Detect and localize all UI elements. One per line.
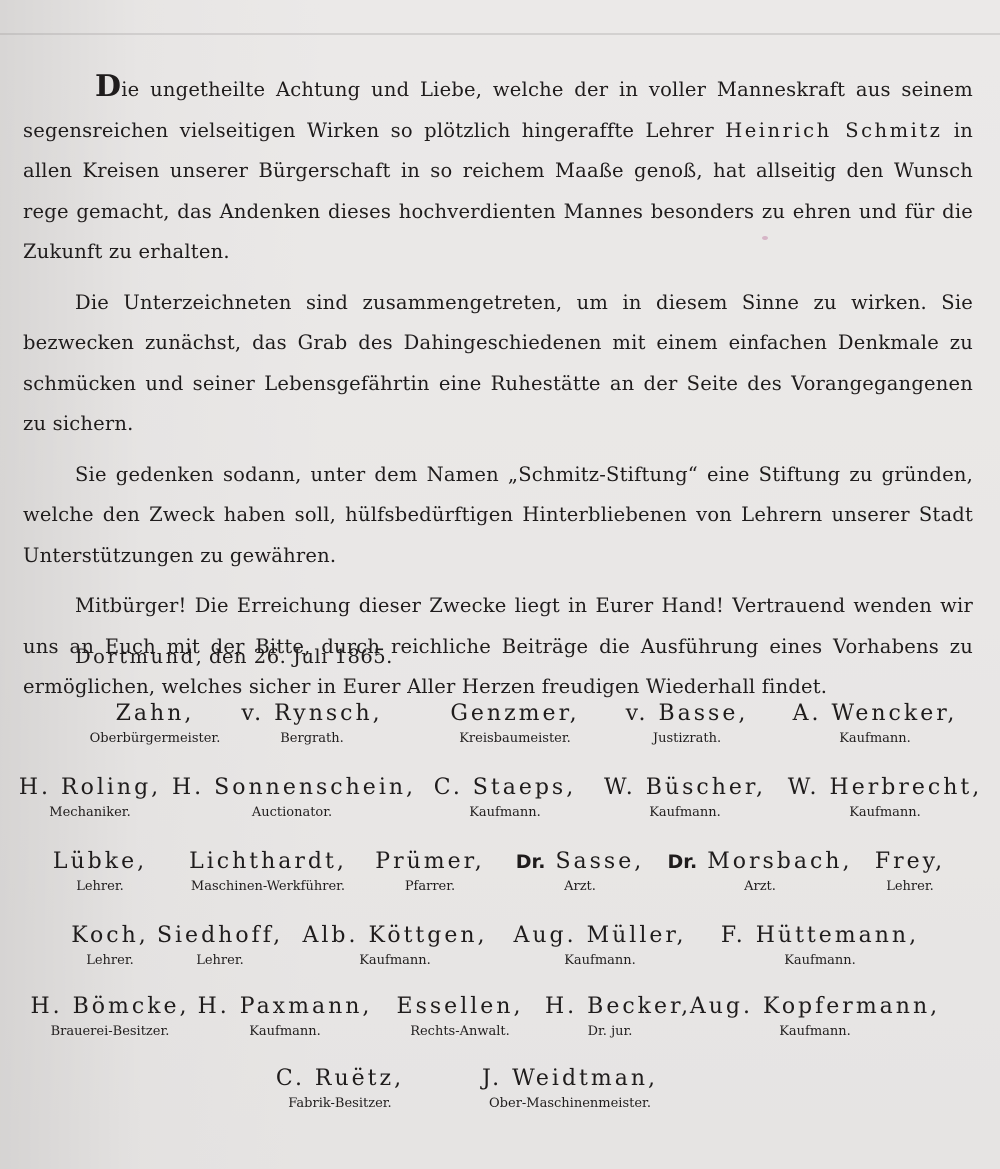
- signatory: W. Herbrecht,Kaufmann.: [780, 774, 990, 822]
- signatory-title: Ober-Maschinenmeister.: [460, 1095, 680, 1113]
- signatory-name: Aug. Kopfermann,: [680, 993, 950, 1021]
- signatory: H. Bömcke,Brauerei-Besitzer.: [30, 993, 190, 1041]
- signatory: J. Weidtman,Ober-Maschinenmeister.: [460, 1065, 680, 1113]
- signatory: Aug. Müller,Kaufmann.: [500, 922, 700, 970]
- signatory-title: Arzt.: [505, 878, 655, 896]
- dateline-date: , den 26. Juli 1865.: [196, 645, 393, 668]
- signatory-name: Genzmer,: [430, 700, 600, 728]
- signatory: Koch,Lehrer.: [55, 922, 165, 970]
- signatory: W. Büscher,Kaufmann.: [600, 774, 770, 822]
- signatory-title: Mechaniker.: [10, 804, 170, 822]
- signatory-name: Frey,: [850, 848, 970, 876]
- signatory-title: Kaufmann.: [710, 952, 930, 970]
- signatory-title: Justizrath.: [612, 730, 762, 748]
- signatory-title: Maschinen-Werkführer.: [168, 878, 368, 896]
- signatory-title: Pfarrer.: [360, 878, 500, 896]
- signatory-name: Dr. Sasse,: [505, 848, 655, 876]
- drop-cap: D: [95, 69, 121, 104]
- signatory: Essellen,Rechts-Anwalt.: [380, 993, 540, 1041]
- signatory-name: F. Hüttemann,: [710, 922, 930, 950]
- paragraph-3: Sie gedenken sodann, unter dem Namen „Sc…: [23, 455, 973, 577]
- signatory-title: Brauerei-Besitzer.: [30, 1023, 190, 1041]
- signatory-name: Zahn,: [60, 700, 250, 728]
- signatory-name: Dr. Morsbach,: [660, 848, 860, 876]
- signatory-title: Kaufmann.: [600, 804, 770, 822]
- signatory-name: v. Rynsch,: [232, 700, 392, 728]
- signatory: Dr. Morsbach,Arzt.: [660, 848, 860, 896]
- signatory: H. Roling,Mechaniker.: [10, 774, 170, 822]
- signatory-name: J. Weidtman,: [460, 1065, 680, 1093]
- signatory-title: Lehrer.: [55, 952, 165, 970]
- signatory-name: H. Sonnenschein,: [172, 774, 412, 802]
- signatory-title: Fabrik-Besitzer.: [260, 1095, 420, 1113]
- signatory: Genzmer,Kreisbaumeister.: [430, 700, 600, 748]
- signatory-name: Essellen,: [380, 993, 540, 1021]
- signatory-title: Kaufmann.: [780, 730, 970, 748]
- signatory-name: A. Wencker,: [780, 700, 970, 728]
- paragraph-2: Die Unterzeichneten sind zusammengetrete…: [23, 283, 973, 445]
- signatory-title: Kaufmann.: [500, 952, 700, 970]
- signatory: H. Paxmann,Kaufmann.: [190, 993, 380, 1041]
- signatory-name: H. Paxmann,: [190, 993, 380, 1021]
- signatory-name: C. Ruëtz,: [260, 1065, 420, 1093]
- signatory-name: H. Becker,: [545, 993, 675, 1021]
- signatory-prefix: Dr.: [668, 851, 698, 873]
- signatory: C. Ruëtz,Fabrik-Besitzer.: [260, 1065, 420, 1113]
- signatory-name: Siedhoff,: [150, 922, 290, 950]
- signatory-name: Alb. Köttgen,: [290, 922, 500, 950]
- signatory-title: Kaufmann.: [420, 804, 590, 822]
- signatory-title: Lehrer.: [150, 952, 290, 970]
- signatory-name: Prümer,: [360, 848, 500, 876]
- signatory: Prümer,Pfarrer.: [360, 848, 500, 896]
- signatory: Aug. Kopfermann,Kaufmann.: [680, 993, 950, 1041]
- signatory: A. Wencker,Kaufmann.: [780, 700, 970, 748]
- signatory-name: Lichthardt,: [168, 848, 368, 876]
- signatory-name: Lübke,: [35, 848, 165, 876]
- signatory-title: Arzt.: [660, 878, 860, 896]
- signatory-title: Kaufmann.: [190, 1023, 380, 1041]
- signatory-title: Kaufmann.: [780, 804, 990, 822]
- signatory: C. Staeps,Kaufmann.: [420, 774, 590, 822]
- signatory-name: v. Basse,: [612, 700, 762, 728]
- signatory-name: H. Bömcke,: [30, 993, 190, 1021]
- dateline: Dortmund, den 26. Juli 1865.: [75, 645, 393, 668]
- signatory-name: Aug. Müller,: [500, 922, 700, 950]
- paragraph-1: Die ungetheilte Achtung und Liebe, welch…: [23, 70, 973, 273]
- signatory: Lichthardt,Maschinen-Werkführer.: [168, 848, 368, 896]
- signatory-name: H. Roling,: [10, 774, 170, 802]
- signatory-name: W. Herbrecht,: [780, 774, 990, 802]
- signatory-title: Lehrer.: [850, 878, 970, 896]
- signatory-title: Kaufmann.: [680, 1023, 950, 1041]
- signatory: v. Rynsch,Bergrath.: [232, 700, 392, 748]
- signatory-title: Auctionator.: [172, 804, 412, 822]
- signatory-title: Oberbürgermeister.: [60, 730, 250, 748]
- signatory-name: Koch,: [55, 922, 165, 950]
- signatory-title: Lehrer.: [35, 878, 165, 896]
- signatory: Lübke,Lehrer.: [35, 848, 165, 896]
- signatory-title: Kreisbaumeister.: [430, 730, 600, 748]
- signatory-title: Dr. jur.: [545, 1023, 675, 1041]
- signatory-title: Kaufmann.: [290, 952, 500, 970]
- honoree-name: Heinrich Schmitz: [725, 119, 942, 142]
- signatory-name: C. Staeps,: [420, 774, 590, 802]
- signatory-title: Bergrath.: [232, 730, 392, 748]
- signatory: Alb. Köttgen,Kaufmann.: [290, 922, 500, 970]
- signatory-prefix: Dr.: [516, 851, 546, 873]
- appeal-text: Die ungetheilte Achtung und Liebe, welch…: [23, 70, 973, 708]
- signatory: Dr. Sasse,Arzt.: [505, 848, 655, 896]
- signatory-title: Rechts-Anwalt.: [380, 1023, 540, 1041]
- signatory: Zahn,Oberbürgermeister.: [60, 700, 250, 748]
- paper-fold-line: [0, 33, 1000, 35]
- signatory: Frey,Lehrer.: [850, 848, 970, 896]
- signatory: v. Basse,Justizrath.: [612, 700, 762, 748]
- signatory: F. Hüttemann,Kaufmann.: [710, 922, 930, 970]
- signatory: H. Sonnenschein,Auctionator.: [172, 774, 412, 822]
- signatory: Siedhoff,Lehrer.: [150, 922, 290, 970]
- signatory-name: W. Büscher,: [600, 774, 770, 802]
- dateline-place: Dortmund: [75, 645, 196, 668]
- signatory: H. Becker,Dr. jur.: [545, 993, 675, 1041]
